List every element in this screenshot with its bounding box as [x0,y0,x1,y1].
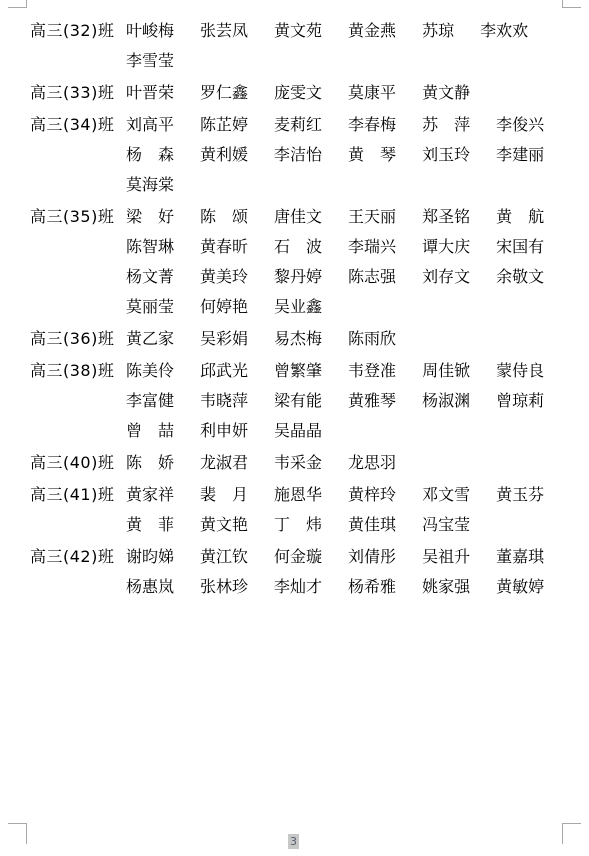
student-name: 黄家祥 [126,482,174,505]
class-row: 高三(32)班叶峻梅张芸凤黄文苑黄金燕苏琼李欢欢 [30,14,570,44]
student-name: 蒙侍良 [496,358,544,381]
class-row: 高三(38)班陈美伶邱武光曾繁肇韦登准周佳锨蒙侍良 [30,354,570,384]
student-name: 陈 颂 [200,204,248,227]
student-name: 吴彩娟 [200,326,248,349]
student-name: 刘倩彤 [348,544,396,567]
student-name: 韦采金 [274,450,322,473]
student-names: 谢昀娣黄江钦何金璇刘倩彤吴祖升董嘉琪 [126,544,544,567]
student-name: 余敬文 [496,264,544,287]
student-name: 黄 菲 [126,512,174,535]
class-row: 高三(40)班陈 娇龙淑君韦采金龙思羽 [30,446,570,476]
student-names: 杨文菁黄美玲黎丹婷陈志强刘存文余敬文 [126,264,544,287]
student-name: 陈 娇 [126,450,174,473]
student-name: 吴业鑫 [274,294,322,317]
student-name: 梁有能 [274,388,322,411]
student-name: 宋国有 [496,234,544,257]
student-name: 韦晓萍 [200,388,248,411]
student-name: 龙淑君 [200,450,248,473]
student-name: 龙思羽 [348,450,396,473]
student-name: 黄乙家 [126,326,174,349]
student-name: 陈芷婷 [200,112,248,135]
student-name: 莫海棠 [126,172,174,195]
student-name: 王天丽 [348,204,396,227]
crop-mark-top-right [562,0,581,8]
student-name: 莫丽莹 [126,294,174,317]
student-name: 黄雅琴 [348,388,396,411]
student-name: 李俊兴 [496,112,544,135]
student-name: 麦莉红 [274,112,322,135]
student-name: 黄文静 [422,80,470,103]
student-name: 谭大庆 [422,234,470,257]
student-name: 黄金燕 [348,18,396,41]
class-row-continuation: 莫丽莹何婷艳吴业鑫 [30,290,570,320]
student-name: 周佳锨 [422,358,470,381]
class-label: 高三(33)班 [30,80,126,103]
student-name: 邱武光 [200,358,248,381]
student-names: 李雪莹 [126,48,174,71]
student-name: 杨淑渊 [422,388,470,411]
student-name: 李雪莹 [126,48,174,71]
student-name: 杨希雅 [348,574,396,597]
student-name: 冯宝莹 [422,512,470,535]
class-roster: 高三(32)班叶峻梅张芸凤黄文苑黄金燕苏琼李欢欢李雪莹高三(33)班叶晋荣罗仁鑫… [30,14,570,600]
student-name: 庞雯文 [274,80,322,103]
student-name: 利申妍 [200,418,248,441]
student-name: 杨文菁 [126,264,174,287]
class-row-continuation: 杨文菁黄美玲黎丹婷陈志强刘存文余敬文 [30,260,570,290]
student-names: 陈智琳黄春昕石 波李瑞兴谭大庆宋国有 [126,234,544,257]
student-name: 李建丽 [496,142,544,165]
class-row-continuation: 杨惠岚张林珍李灿才杨希雅姚家强黄敏婷 [30,570,570,600]
student-name: 黄梓玲 [348,482,396,505]
class-row: 高三(36)班黄乙家吴彩娟易杰梅陈雨欣 [30,322,570,352]
class-row: 高三(34)班刘高平陈芷婷麦莉红李春梅苏 萍李俊兴 [30,108,570,138]
student-name: 吴晶晶 [274,418,322,441]
class-label: 高三(34)班 [30,112,126,135]
student-name: 李欢欢 [480,18,528,41]
student-name: 黄 航 [496,204,544,227]
student-name: 石 波 [274,234,322,257]
class-row-continuation: 杨 森黄利媛李洁怡黄 琴刘玉玲李建丽 [30,138,570,168]
student-name: 李春梅 [348,112,396,135]
student-name: 李瑞兴 [348,234,396,257]
class-label: 高三(40)班 [30,450,126,473]
student-name: 何金璇 [274,544,322,567]
student-name: 黄江钦 [200,544,248,567]
student-names: 刘高平陈芷婷麦莉红李春梅苏 萍李俊兴 [126,112,544,135]
student-name: 谢昀娣 [126,544,174,567]
student-name: 刘玉玲 [422,142,470,165]
student-name: 黄利媛 [200,142,248,165]
student-name: 李富健 [126,388,174,411]
student-name: 黄春昕 [200,234,248,257]
student-name: 黄玉芬 [496,482,544,505]
student-name: 黄文艳 [200,512,248,535]
student-names: 陈 娇龙淑君韦采金龙思羽 [126,450,396,473]
class-row: 高三(35)班梁 好陈 颂唐佳文王天丽郑圣铭黄 航 [30,200,570,230]
student-names: 莫海棠 [126,172,174,195]
student-name: 杨 森 [126,142,174,165]
class-label: 高三(38)班 [30,358,126,381]
student-name: 罗仁鑫 [200,80,248,103]
student-name: 莫康平 [348,80,396,103]
student-name: 刘高平 [126,112,174,135]
student-names: 陈美伶邱武光曾繁肇韦登准周佳锨蒙侍良 [126,358,544,381]
class-row-continuation: 莫海棠 [30,168,570,198]
student-names: 黄 菲黄文艳丁 炜黄佳琪冯宝莹 [126,512,470,535]
class-label: 高三(41)班 [30,482,126,505]
class-row: 高三(33)班叶晋荣罗仁鑫庞雯文莫康平黄文静 [30,76,570,106]
student-names: 叶晋荣罗仁鑫庞雯文莫康平黄文静 [126,80,470,103]
class-row-continuation: 曾 喆利申妍吴晶晶 [30,414,570,444]
student-name: 刘存文 [422,264,470,287]
student-name: 李洁怡 [274,142,322,165]
student-name: 苏琼 [422,18,454,41]
student-name: 黎丹婷 [274,264,322,287]
crop-mark-top-left [8,0,27,8]
student-name: 叶峻梅 [126,18,174,41]
student-name: 叶晋荣 [126,80,174,103]
student-name: 施恩华 [274,482,322,505]
class-label: 高三(36)班 [30,326,126,349]
student-name: 黄佳琪 [348,512,396,535]
student-names: 梁 好陈 颂唐佳文王天丽郑圣铭黄 航 [126,204,544,227]
student-name: 曾繁肇 [274,358,322,381]
student-name: 易杰梅 [274,326,322,349]
student-names: 杨惠岚张林珍李灿才杨希雅姚家强黄敏婷 [126,574,544,597]
student-name: 丁 炜 [274,512,322,535]
student-name: 何婷艳 [200,294,248,317]
student-name: 黄文苑 [274,18,322,41]
student-name: 姚家强 [422,574,470,597]
class-row: 高三(42)班谢昀娣黄江钦何金璇刘倩彤吴祖升董嘉琪 [30,540,570,570]
student-name: 陈美伶 [126,358,174,381]
student-name: 邓文雪 [422,482,470,505]
class-row-continuation: 黄 菲黄文艳丁 炜黄佳琪冯宝莹 [30,508,570,538]
student-name: 黄美玲 [200,264,248,287]
student-names: 李富健韦晓萍梁有能黄雅琴杨淑渊曾琼莉 [126,388,544,411]
student-name: 裴 月 [200,482,248,505]
page-number-field: 3 [288,834,299,849]
document-page: 高三(32)班叶峻梅张芸凤黄文苑黄金燕苏琼李欢欢李雪莹高三(33)班叶晋荣罗仁鑫… [0,0,589,856]
crop-mark-bottom-right [562,823,581,844]
student-names: 叶峻梅张芸凤黄文苑黄金燕苏琼李欢欢 [126,18,528,41]
student-names: 曾 喆利申妍吴晶晶 [126,418,322,441]
student-name: 曾 喆 [126,418,174,441]
student-name: 李灿才 [274,574,322,597]
student-name: 陈志强 [348,264,396,287]
class-row-continuation: 李雪莹 [30,44,570,74]
student-name: 梁 好 [126,204,174,227]
class-row-continuation: 陈智琳黄春昕石 波李瑞兴谭大庆宋国有 [30,230,570,260]
student-name: 唐佳文 [274,204,322,227]
student-name: 韦登准 [348,358,396,381]
class-row-continuation: 李富健韦晓萍梁有能黄雅琴杨淑渊曾琼莉 [30,384,570,414]
class-label: 高三(35)班 [30,204,126,227]
student-names: 黄家祥裴 月施恩华黄梓玲邓文雪黄玉芬 [126,482,544,505]
student-name: 黄 琴 [348,142,396,165]
class-label: 高三(32)班 [30,18,126,41]
student-names: 黄乙家吴彩娟易杰梅陈雨欣 [126,326,396,349]
student-name: 张芸凤 [200,18,248,41]
class-label: 高三(42)班 [30,544,126,567]
student-name: 董嘉琪 [496,544,544,567]
student-name: 苏 萍 [422,112,470,135]
class-row: 高三(41)班黄家祥裴 月施恩华黄梓玲邓文雪黄玉芬 [30,478,570,508]
crop-mark-bottom-left [8,823,27,844]
student-name: 杨惠岚 [126,574,174,597]
student-names: 莫丽莹何婷艳吴业鑫 [126,294,322,317]
student-name: 曾琼莉 [496,388,544,411]
student-name: 吴祖升 [422,544,470,567]
student-name: 张林珍 [200,574,248,597]
student-name: 黄敏婷 [496,574,544,597]
student-names: 杨 森黄利媛李洁怡黄 琴刘玉玲李建丽 [126,142,544,165]
student-name: 郑圣铭 [422,204,470,227]
student-name: 陈雨欣 [348,326,396,349]
student-name: 陈智琳 [126,234,174,257]
